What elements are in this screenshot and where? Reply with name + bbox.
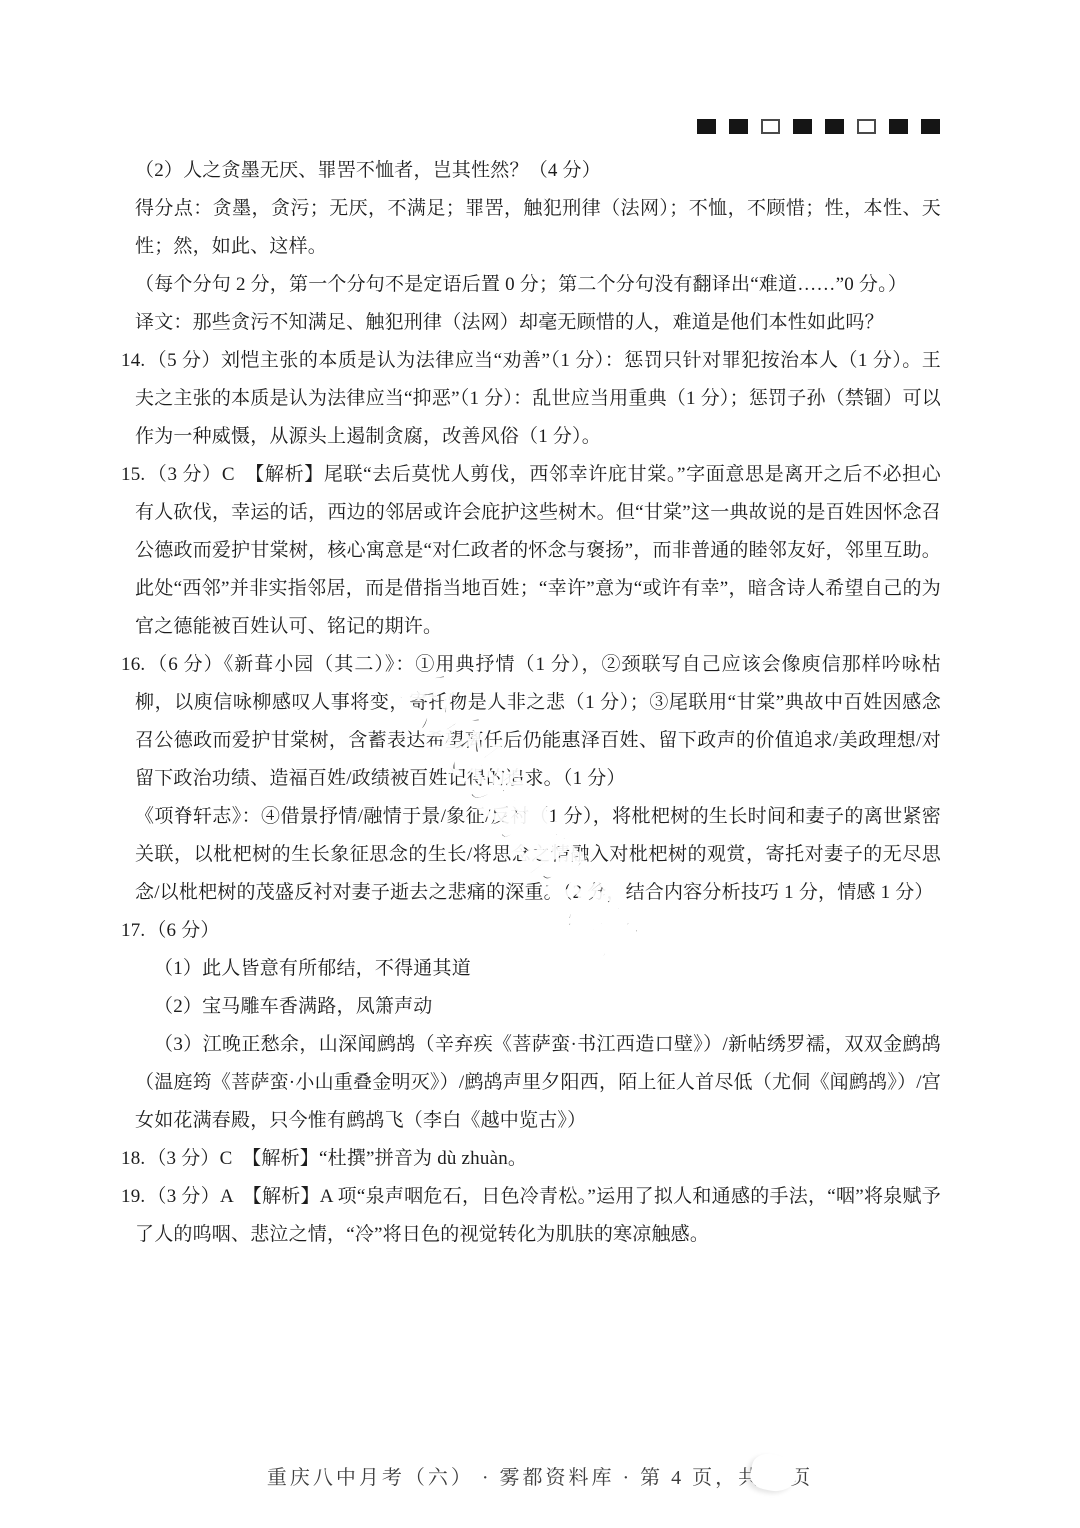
- translation: 译文：那些贪污不知满足、触犯刑律（法网）却毫无顾惜的人，难道是他们本性如此吗？: [135, 304, 941, 342]
- answer-17: 17.（6 分）: [135, 912, 941, 950]
- answer-17-item-2: （2）宝马雕车香满路，凤箫声动: [135, 988, 941, 1026]
- answer-15: 15.（3 分）C 【解析】尾联“去后莫忧人剪伐，西邻幸许庇甘棠。”字面意思是离…: [135, 456, 941, 646]
- answer-19-text: （3 分）A 【解析】A 项“泉声咽危石，日色冷青松。”运用了拟人和通感的手法，…: [135, 1186, 941, 1245]
- answer-18: 18.（3 分）C 【解析】“杜撰”拼音为 dù zhuàn。: [135, 1140, 941, 1178]
- question-number-17: 17.: [121, 920, 147, 941]
- question-number-14: 14.: [121, 350, 147, 371]
- question-number-16: 16.: [121, 654, 147, 675]
- answer-16-text: （6 分）《新葺小园（其二）》：①用典抒情（1 分），②颈联写自己应该会像庾信那…: [135, 654, 941, 789]
- filled-square: [793, 119, 812, 134]
- filled-square: [825, 119, 844, 134]
- header-squares: [697, 119, 940, 134]
- scoring-note: （每个分句 2 分，第一个分句不是定语后置 0 分；第二个分句没有翻译出“难道……: [135, 266, 941, 304]
- page-footer: 重庆八中月考（六） · 雾都资料库 · 第 4 页，共 6 页: [0, 1461, 1080, 1490]
- filled-square: [697, 119, 716, 134]
- outline-square: [857, 119, 876, 134]
- scoring-points: 得分点：贪墨，贪污；无厌，不满足；罪罟，触犯刑律（法网）；不恤，不顾惜；性，本性…: [135, 190, 941, 266]
- sub-answer-2-sentence: （2）人之贪墨无厌、罪罟不恤者，岂其性然？（4 分）: [135, 152, 941, 190]
- filled-square: [921, 119, 940, 134]
- answer-19: 19.（3 分）A 【解析】A 项“泉声咽危石，日色冷青松。”运用了拟人和通感的…: [135, 1178, 941, 1254]
- question-number-19: 19.: [121, 1186, 147, 1207]
- answer-14: 14.（5 分）刘恺主张的本质是认为法律应当“劝善”（1 分）：惩罚只针对罪犯按…: [135, 342, 941, 456]
- filled-square: [729, 119, 748, 134]
- answer-content: （2）人之贪墨无厌、罪罟不恤者，岂其性然？（4 分） 得分点：贪墨，贪污；无厌，…: [135, 152, 941, 1254]
- answer-sheet-page: （2）人之贪墨无厌、罪罟不恤者，岂其性然？（4 分） 得分点：贪墨，贪污；无厌，…: [0, 0, 1080, 1528]
- answer-15-text: （3 分）C 【解析】尾联“去后莫忧人剪伐，西邻幸许庇甘棠。”字面意思是离开之后…: [135, 464, 941, 637]
- filled-square: [889, 119, 908, 134]
- answer-16: 16.（6 分）《新葺小园（其二）》：①用典抒情（1 分），②颈联写自己应该会像…: [135, 646, 941, 798]
- answer-16-xiangjixuanzhi: 《项脊轩志》：④借景抒情/融情于景/象征/反衬（1 分），将枇杷树的生长时间和妻…: [135, 798, 941, 912]
- question-number-18: 18.: [121, 1148, 147, 1169]
- answer-14-text: （5 分）刘恺主张的本质是认为法律应当“劝善”（1 分）：惩罚只针对罪犯按治本人…: [135, 350, 941, 447]
- answer-17-item-1: （1）此人皆意有所郁结，不得通其道: [135, 950, 941, 988]
- answer-17-item-3: （3）江晚正愁余，山深闻鹧鸪（辛弃疾《菩萨蛮·书江西造口壁》）/新帖绣罗襦，双双…: [135, 1026, 941, 1140]
- answer-18-text: （3 分）C 【解析】“杜撰”拼音为 dù zhuàn。: [147, 1148, 527, 1169]
- answer-17-text: （6 分）: [147, 920, 219, 941]
- outline-square: [761, 119, 780, 134]
- question-number-15: 15.: [121, 464, 147, 485]
